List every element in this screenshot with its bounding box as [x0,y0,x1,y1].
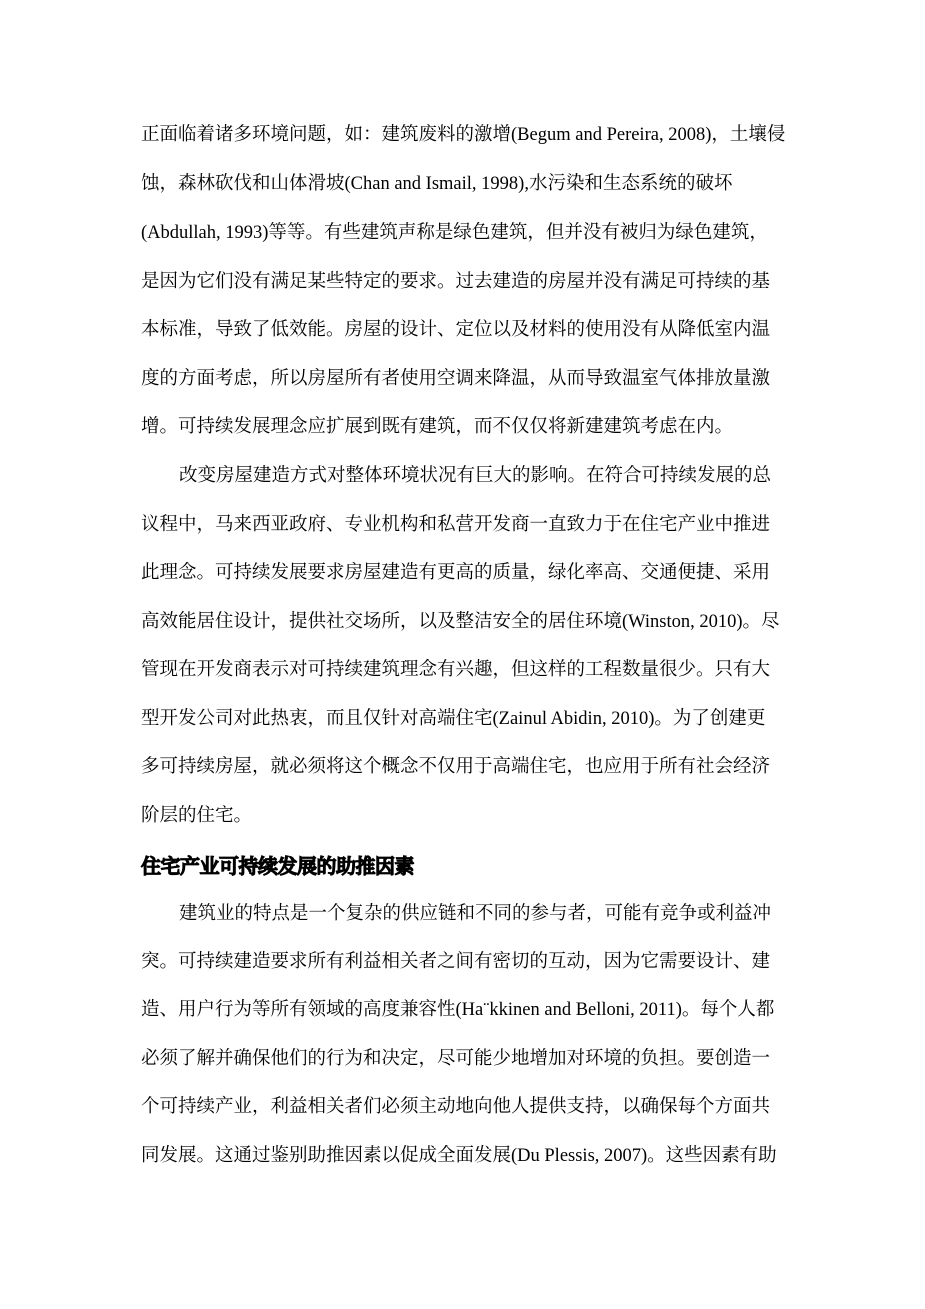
paragraph-1-line-7: 增。可持续发展理念应扩展到既有建筑，而不仅仅将新建建筑考虑在内。 [141,412,791,442]
section-paragraph-line-3: 造、用户行为等所有领域的高度兼容性(Ha¨kkinen and Belloni,… [141,995,791,1025]
paragraph-1-line-5: 本标准，导致了低效能。房屋的设计、定位以及材料的使用没有从降低室内温 [141,315,791,345]
paragraph-2-line-7: 多可持续房屋，就必须将这个概念不仅用于高端住宅，也应用于所有社会经济 [141,752,791,782]
paragraph-1-line-4: 是因为它们没有满足某些特定的要求。过去建造的房屋并没有满足可持续的基 [141,267,791,297]
paragraph-2-line-8: 阶层的住宅。 [141,801,791,831]
paragraph-2-line-4: 高效能居住设计，提供社交场所，以及整洁安全的居住环境(Winston, 2010… [141,607,791,637]
section-paragraph-line-1: 建筑业的特点是一个复杂的供应链和不同的参与者，可能有竞争或利益冲 [179,899,829,929]
section-heading: 住宅产业可持续发展的助推因素 [141,851,414,881]
paragraph-1-line-6: 度的方面考虑，所以房屋所有者使用空调来降温，从而导致温室气体排放量激 [141,364,791,394]
paragraph-1-line-1: 正面临着诸多环境问题，如：建筑废料的激增(Begum and Pereira, … [141,120,791,150]
paragraph-1-line-3: (Abdullah, 1993)等等。有些建筑声称是绿色建筑，但并没有被归为绿色… [141,218,791,248]
section-paragraph-line-6: 同发展。这通过鉴别助推因素以促成全面发展(Du Plessis, 2007)。这… [141,1141,791,1171]
document-page: 正面临着诸多环境问题，如：建筑废料的激增(Begum and Pereira, … [0,0,925,1309]
paragraph-2-line-3: 此理念。可持续发展要求房屋建造有更高的质量，绿化率高、交通便捷、采用 [141,558,791,588]
paragraph-2-line-6: 型开发公司对此热衷，而且仅针对高端住宅(Zainul Abidin, 2010)… [141,704,791,734]
paragraph-1-line-2: 蚀，森林砍伐和山体滑坡(Chan and Ismail, 1998),水污染和生… [141,169,791,199]
paragraph-2-line-1: 改变房屋建造方式对整体环境状况有巨大的影响。在符合可持续发展的总 [179,461,829,491]
section-paragraph-line-4: 必须了解并确保他们的行为和决定，尽可能少地增加对环境的负担。要创造一 [141,1044,791,1074]
section-paragraph-line-2: 突。可持续建造要求所有利益相关者之间有密切的互动，因为它需要设计、建 [141,947,791,977]
section-paragraph-line-5: 个可持续产业，利益相关者们必须主动地向他人提供支持，以确保每个方面共 [141,1092,791,1122]
paragraph-2-line-2: 议程中，马来西亚政府、专业机构和私营开发商一直致力于在住宅产业中推进 [141,510,791,540]
paragraph-2-line-5: 管现在开发商表示对可持续建筑理念有兴趣，但这样的工程数量很少。只有大 [141,655,791,685]
